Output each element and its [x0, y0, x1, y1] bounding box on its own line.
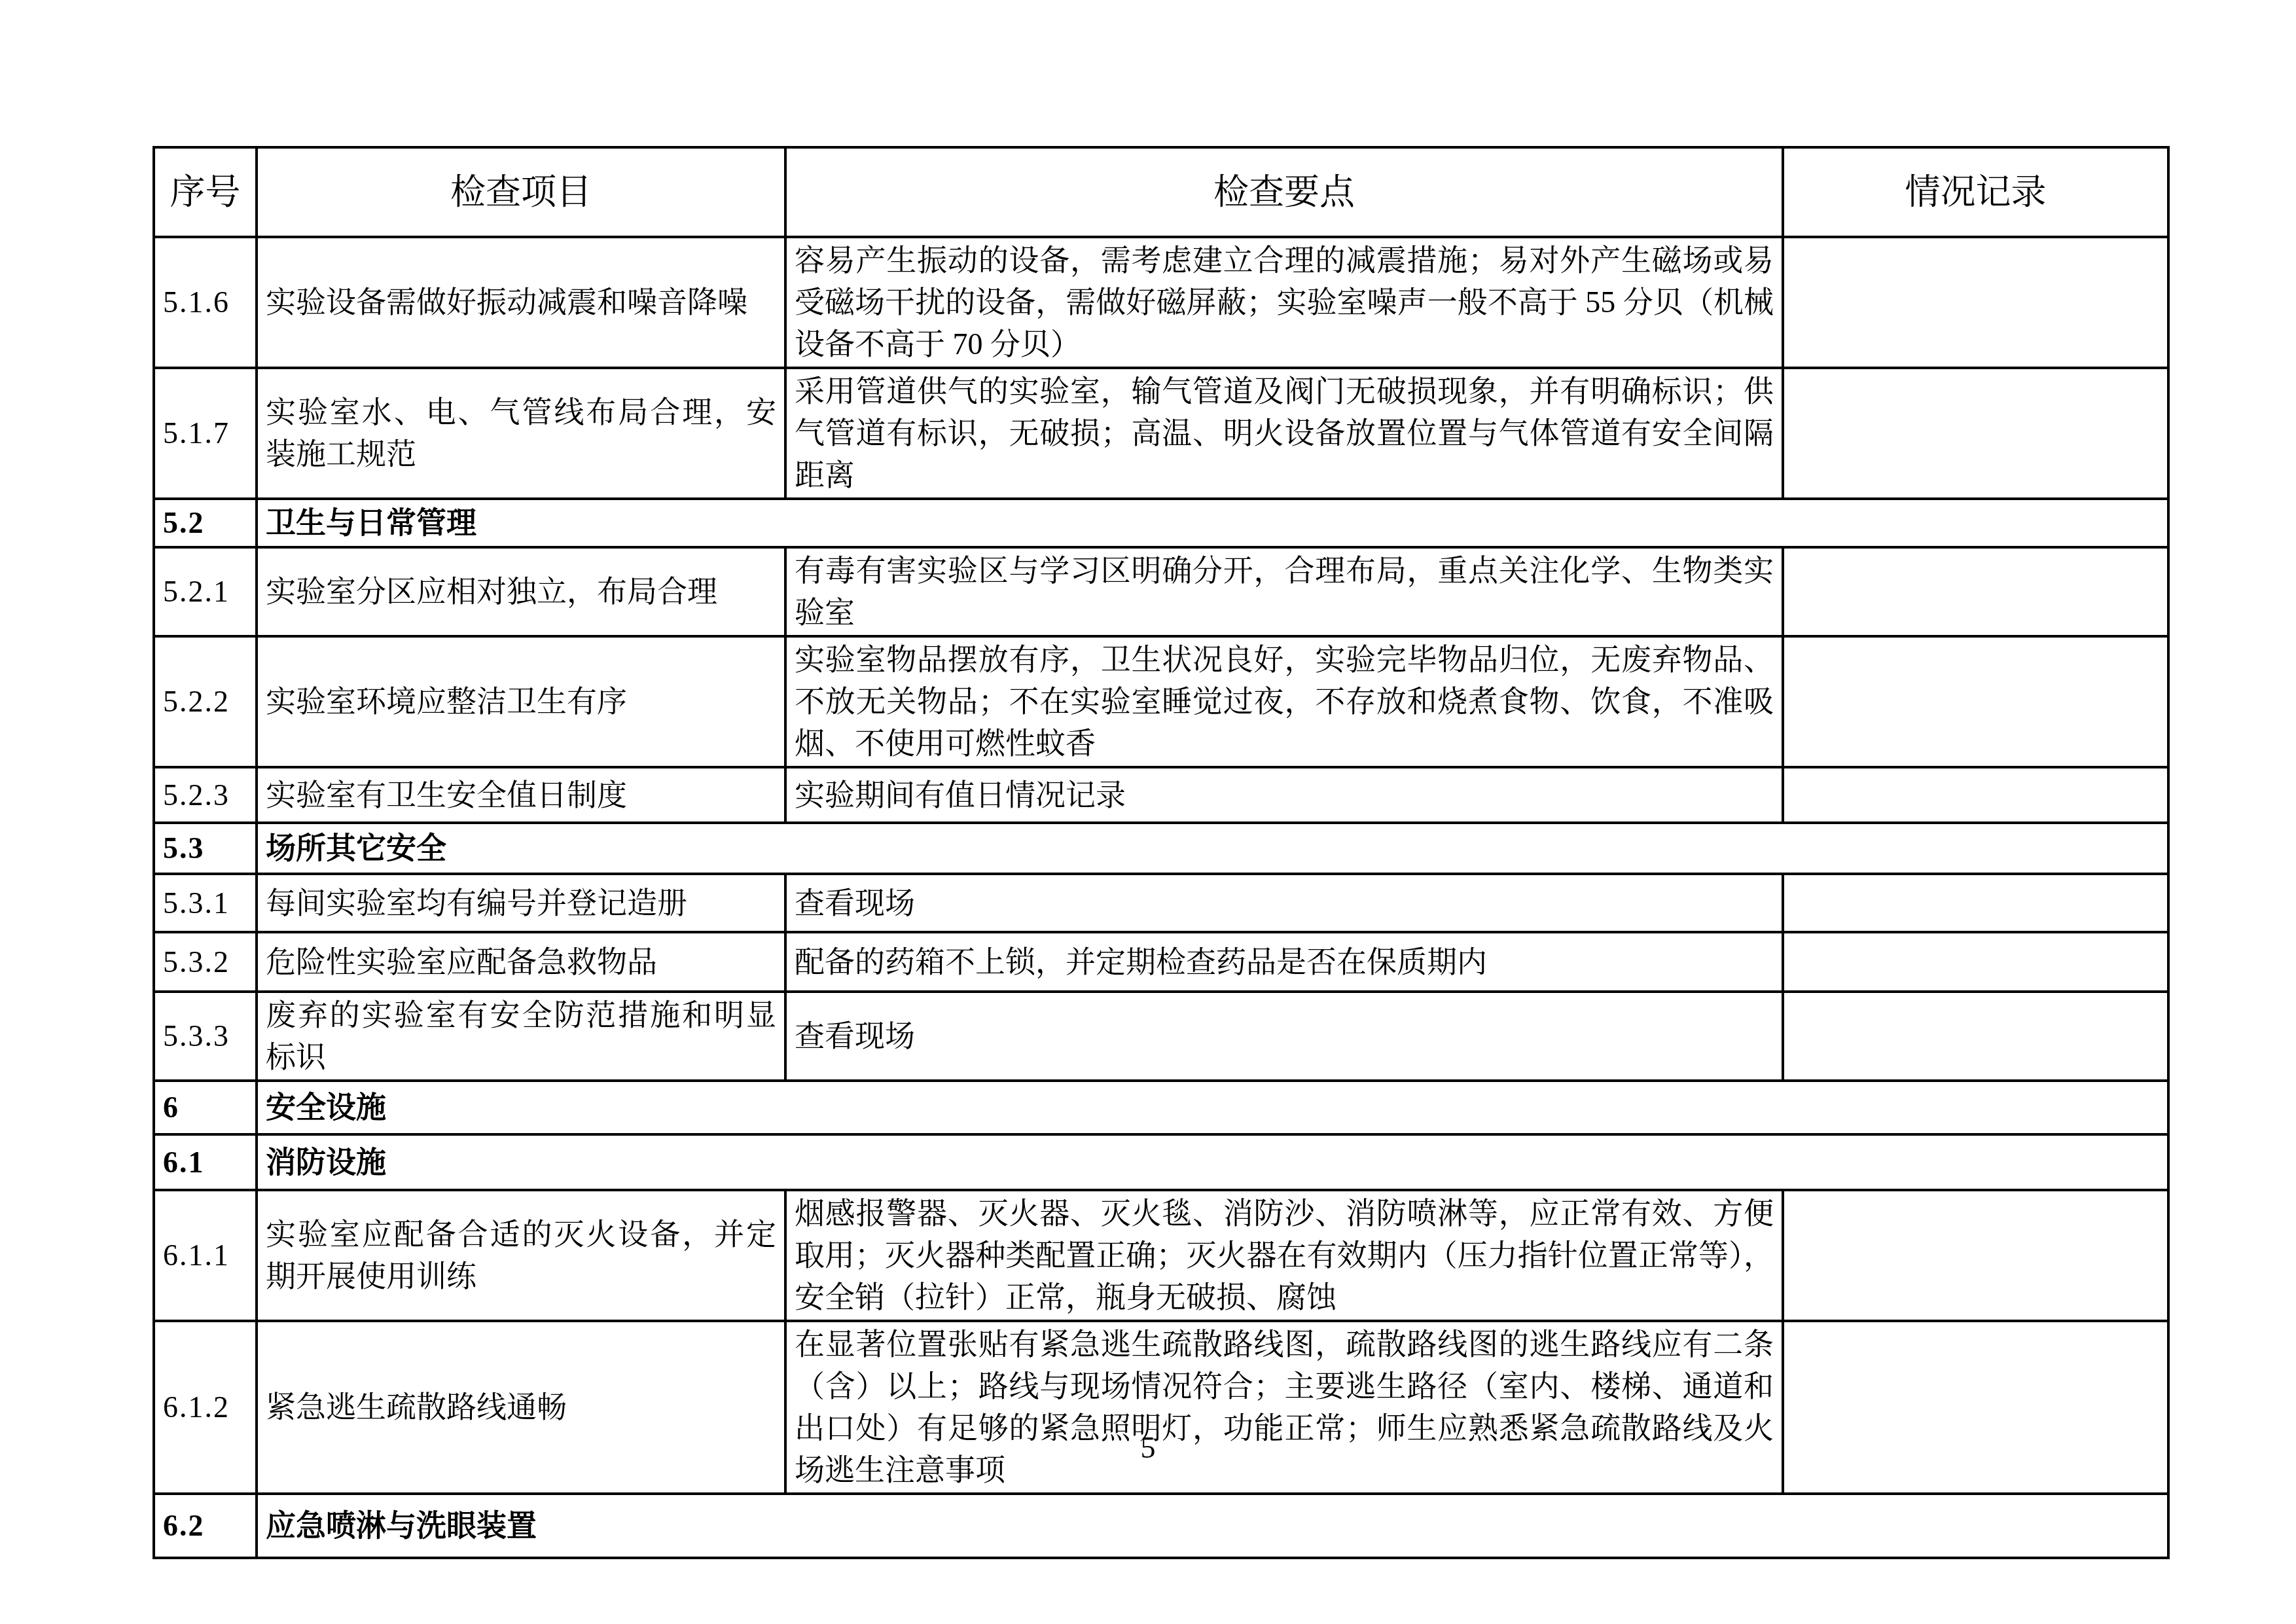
table-row-5-1-7: 5.1.7 实验室水、电、气管线布局合理，安装施工规范 采用管道供气的实验室，输… — [154, 368, 2168, 499]
section-title: 场所其它安全 — [257, 823, 2168, 874]
section-no: 5.2 — [154, 499, 257, 547]
row-no: 6.1.1 — [154, 1190, 257, 1321]
table-row-6-1-2: 6.1.2 紧急逃生疏散路线通畅 在显著位置张贴有紧急逃生疏散路线图，疏散路线图… — [154, 1321, 2168, 1494]
section-row-5-2: 5.2 卫生与日常管理 — [154, 499, 2168, 547]
row-record-cell — [1783, 874, 2168, 932]
row-item-text: 实验室水、电、气管线布局合理，安装施工规范 — [257, 368, 785, 499]
row-record-cell — [1783, 237, 2168, 368]
row-points-text: 实验室物品摆放有序，卫生状况良好，实验完毕物品归位，无废弃物品、不放无关物品；不… — [785, 636, 1783, 767]
table-row-6-1-1: 6.1.1 实验室应配备合适的灭火设备，并定期开展使用训练 烟感报警器、灭火器、… — [154, 1190, 2168, 1321]
col-header-item: 检查项目 — [257, 147, 785, 237]
table-row-5-3-2: 5.3.2 危险性实验室应配备急救物品 配备的药箱不上锁，并定期检查药品是否在保… — [154, 932, 2168, 992]
row-no: 5.1.6 — [154, 237, 257, 368]
row-record-cell — [1783, 992, 2168, 1081]
row-item-text: 实验室环境应整洁卫生有序 — [257, 636, 785, 767]
table-row-5-1-6: 5.1.6 实验设备需做好振动减震和噪音降噪 容易产生振动的设备，需考虑建立合理… — [154, 237, 2168, 368]
row-item-text: 每间实验室均有编号并登记造册 — [257, 874, 785, 932]
col-header-no: 序号 — [154, 147, 257, 237]
table-body: 5.1.6 实验设备需做好振动减震和噪音降噪 容易产生振动的设备，需考虑建立合理… — [154, 237, 2168, 1558]
section-no: 6 — [154, 1081, 257, 1134]
section-row-5-3: 5.3 场所其它安全 — [154, 823, 2168, 874]
page-number: 5 — [0, 1430, 2296, 1465]
row-points-text: 在显著位置张贴有紧急逃生疏散路线图，疏散路线图的逃生路线应有二条（含）以上；路线… — [785, 1321, 1783, 1494]
row-points-text: 烟感报警器、灭火器、灭火毯、消防沙、消防喷淋等，应正常有效、方便取用；灭火器种类… — [785, 1190, 1783, 1321]
row-no: 5.3.2 — [154, 932, 257, 992]
row-record-cell — [1783, 636, 2168, 767]
section-title: 卫生与日常管理 — [257, 499, 2168, 547]
row-record-cell — [1783, 932, 2168, 992]
section-title: 应急喷淋与洗眼装置 — [257, 1494, 2168, 1558]
row-record-cell — [1783, 767, 2168, 823]
row-item-text: 紧急逃生疏散路线通畅 — [257, 1321, 785, 1494]
row-no: 5.2.1 — [154, 547, 257, 636]
row-points-text: 有毒有害实验区与学习区明确分开，合理布局，重点关注化学、生物类实验室 — [785, 547, 1783, 636]
inspection-table: 序号 检查项目 检查要点 情况记录 5.1.6 实验设备需做好振动减震和噪音降噪… — [152, 146, 2170, 1559]
row-points-text: 查看现场 — [785, 874, 1783, 932]
section-no: 6.2 — [154, 1494, 257, 1558]
col-header-points: 检查要点 — [785, 147, 1783, 237]
row-item-text: 危险性实验室应配备急救物品 — [257, 932, 785, 992]
table-row-5-2-2: 5.2.2 实验室环境应整洁卫生有序 实验室物品摆放有序，卫生状况良好，实验完毕… — [154, 636, 2168, 767]
row-points-text: 配备的药箱不上锁，并定期检查药品是否在保质期内 — [785, 932, 1783, 992]
section-row-6-1: 6.1 消防设施 — [154, 1134, 2168, 1190]
section-row-6: 6 安全设施 — [154, 1081, 2168, 1134]
row-item-text: 实验室分区应相对独立，布局合理 — [257, 547, 785, 636]
header-row: 序号 检查项目 检查要点 情况记录 — [154, 147, 2168, 237]
section-no: 5.3 — [154, 823, 257, 874]
row-points-text: 查看现场 — [785, 992, 1783, 1081]
row-no: 5.2.3 — [154, 767, 257, 823]
section-title: 安全设施 — [257, 1081, 2168, 1134]
col-header-record: 情况记录 — [1783, 147, 2168, 237]
section-row-6-2: 6.2 应急喷淋与洗眼装置 — [154, 1494, 2168, 1558]
table-row-5-3-1: 5.3.1 每间实验室均有编号并登记造册 查看现场 — [154, 874, 2168, 932]
section-title: 消防设施 — [257, 1134, 2168, 1190]
row-points-text: 容易产生振动的设备，需考虑建立合理的减震措施；易对外产生磁场或易受磁场干扰的设备… — [785, 237, 1783, 368]
row-record-cell — [1783, 368, 2168, 499]
row-item-text: 废弃的实验室有安全防范措施和明显标识 — [257, 992, 785, 1081]
document-page: 序号 检查项目 检查要点 情况记录 5.1.6 实验设备需做好振动减震和噪音降噪… — [0, 0, 2296, 1624]
row-record-cell — [1783, 547, 2168, 636]
row-no: 5.2.2 — [154, 636, 257, 767]
row-item-text: 实验室应配备合适的灭火设备，并定期开展使用训练 — [257, 1190, 785, 1321]
row-points-text: 采用管道供气的实验室，输气管道及阀门无破损现象，并有明确标识；供气管道有标识，无… — [785, 368, 1783, 499]
row-no: 6.1.2 — [154, 1321, 257, 1494]
row-no: 5.3.1 — [154, 874, 257, 932]
row-item-text: 实验设备需做好振动减震和噪音降噪 — [257, 237, 785, 368]
row-no: 5.3.3 — [154, 992, 257, 1081]
table-row-5-3-3: 5.3.3 废弃的实验室有安全防范措施和明显标识 查看现场 — [154, 992, 2168, 1081]
row-points-text: 实验期间有值日情况记录 — [785, 767, 1783, 823]
row-no: 5.1.7 — [154, 368, 257, 499]
row-record-cell — [1783, 1321, 2168, 1494]
table-row-5-2-1: 5.2.1 实验室分区应相对独立，布局合理 有毒有害实验区与学习区明确分开，合理… — [154, 547, 2168, 636]
table-row-5-2-3: 5.2.3 实验室有卫生安全值日制度 实验期间有值日情况记录 — [154, 767, 2168, 823]
row-record-cell — [1783, 1190, 2168, 1321]
row-item-text: 实验室有卫生安全值日制度 — [257, 767, 785, 823]
section-no: 6.1 — [154, 1134, 257, 1190]
table-header: 序号 检查项目 检查要点 情况记录 — [154, 147, 2168, 237]
